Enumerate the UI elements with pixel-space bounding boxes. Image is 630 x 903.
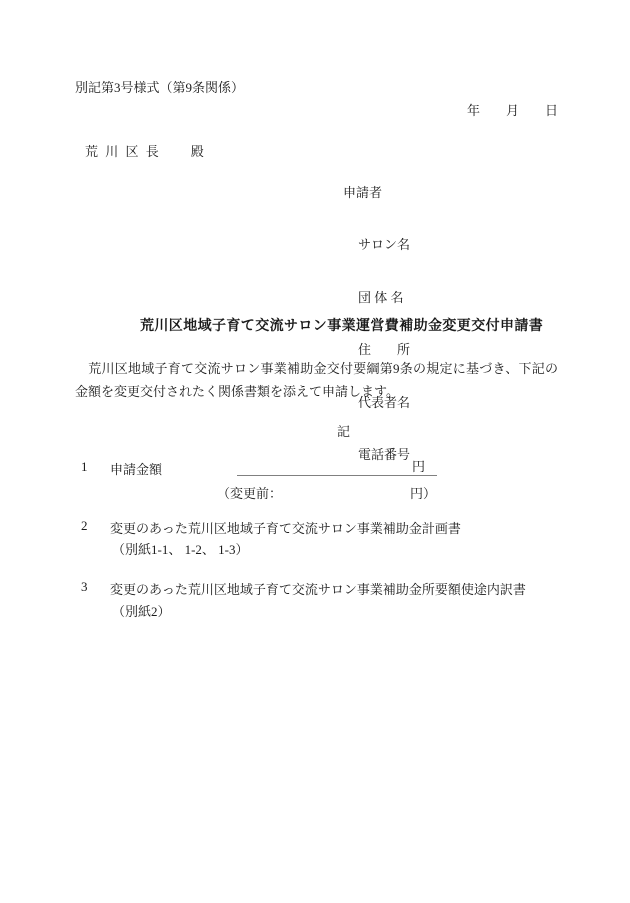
applicant-field-salon-name: サロン名 (358, 235, 410, 256)
addressee-mayor: 荒 川 区 長 殿 (85, 141, 206, 160)
body-paragraph: 荒川区地域子育て交流サロン事業補助金交付要綱第9条の規定に基づき、下記の金額を変… (75, 357, 558, 403)
applicant-field-organization-name: 団 体 名 (358, 288, 410, 309)
form-number: 別記第3号様式（第9条関係） (75, 77, 244, 96)
applicant-label: 申請者 (343, 182, 382, 201)
application-form-page: 別記第3号様式（第9条関係） 年 月 日 荒 川 区 長 殿 申請者 サロン名 … (0, 0, 630, 903)
item-2-attachment-note: （別紙1-1、 1-2、 1-3） (112, 539, 249, 558)
item-1-amount-blank-line: 円 (237, 458, 437, 476)
item-1-amount-unit: 円 (412, 456, 425, 475)
item-1-before-change-unit: 円） (410, 483, 436, 502)
item-3-number: 3 (81, 579, 88, 595)
item-3-text: 変更のあった荒川区地域子育て交流サロン事業補助金所要額使途内訳書 (110, 579, 526, 598)
item-3-attachment-note: （別紙2） (112, 601, 171, 620)
item-1-before-change-label: （変更前： (217, 483, 282, 502)
item-1-label: 申請金額 (110, 459, 162, 478)
date-line: 年 月 日 (467, 100, 558, 119)
applicant-fields: サロン名 団 体 名 住 所 代表者名 電話番号 (358, 203, 410, 498)
item-2-number: 2 (81, 518, 88, 534)
item-1-number: 1 (81, 459, 88, 475)
section-marker-ki: 記 (337, 421, 350, 440)
item-2-text: 変更のあった荒川区地域子育て交流サロン事業補助金計画書 (110, 518, 461, 537)
document-title: 荒川区地域子育て交流サロン事業運営費補助金変更交付申請書 (140, 315, 543, 335)
